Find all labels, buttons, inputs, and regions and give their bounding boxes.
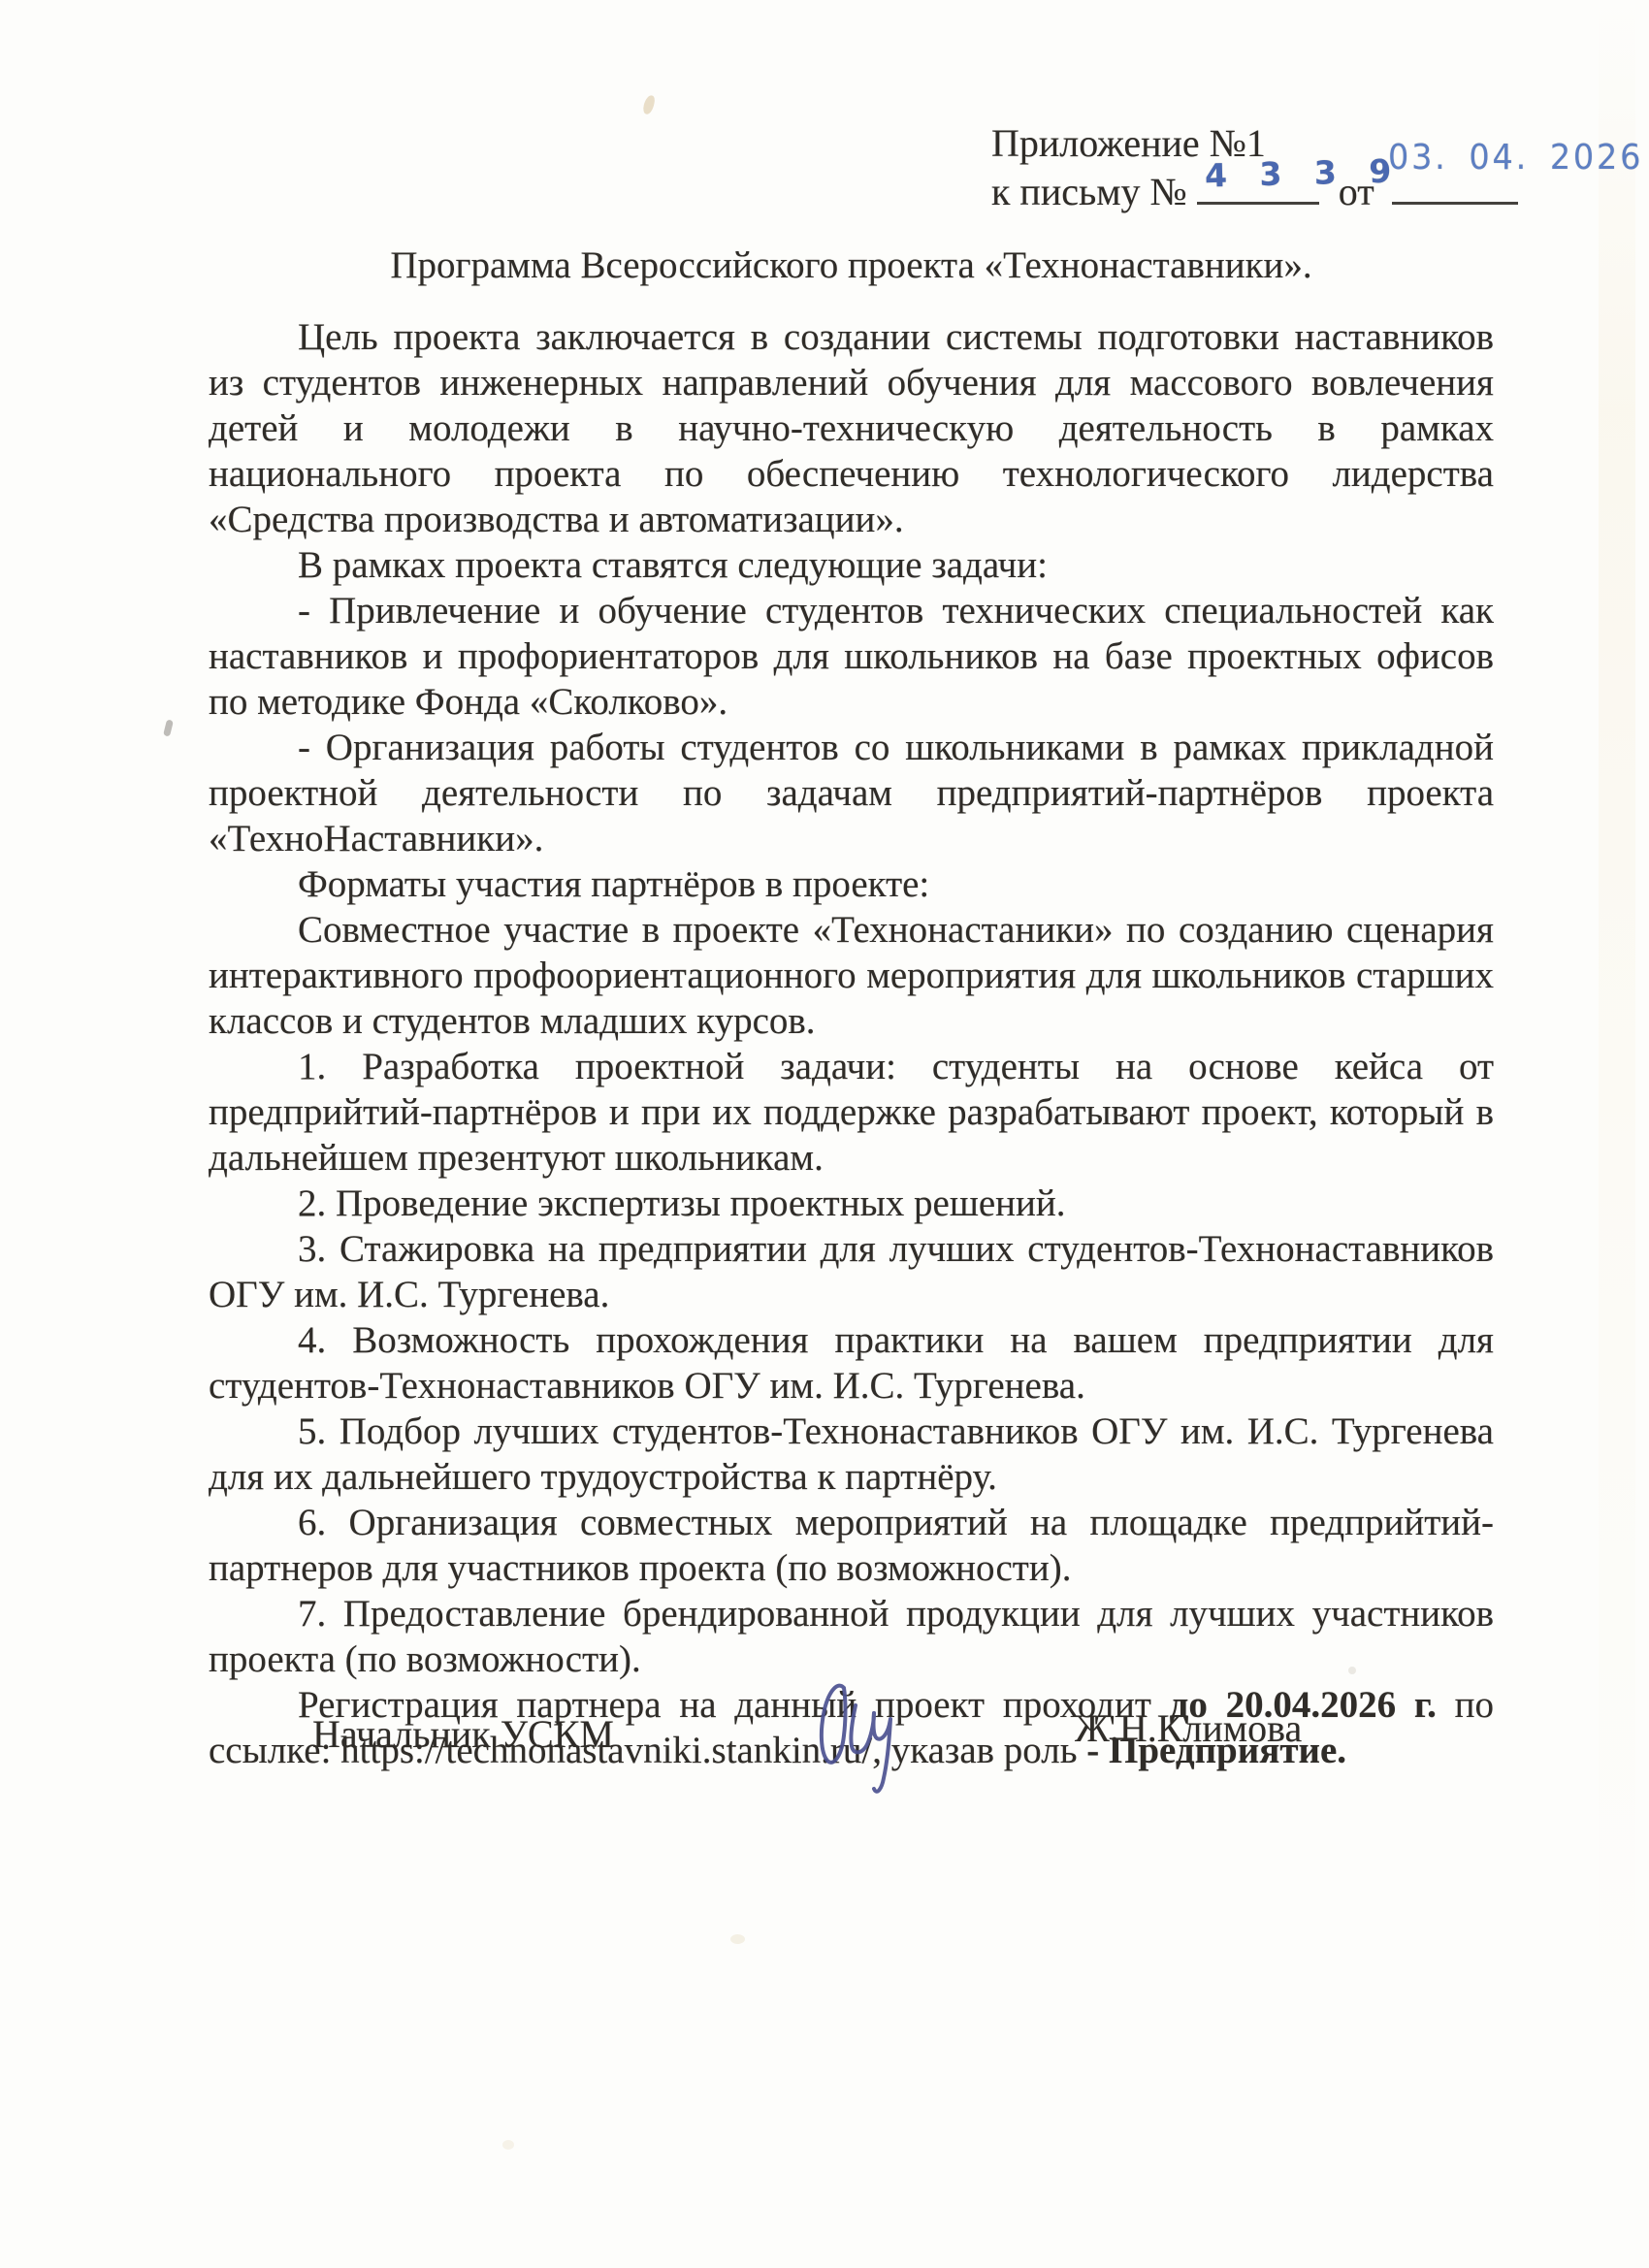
signatory-role: Начальник УСКМ	[312, 1711, 614, 1757]
signatory-name: Ж.Н.Климова	[1075, 1705, 1302, 1751]
paragraph: 4. Возможность прохождения практики на в…	[209, 1317, 1494, 1409]
document-body: Цель проекта заключается в создании сист…	[209, 314, 1494, 1773]
paragraph-segment: 1. Разработка проектной задачи: студенты…	[209, 1046, 1494, 1179]
paragraph-segment: Форматы участия партнёров в проекте:	[298, 863, 929, 905]
appendix-header: Приложение №1 к письму № 4 3 3 9 от 03. …	[991, 120, 1518, 215]
signature-ink	[813, 1680, 902, 1804]
paragraph-segment: 5. Подбор лучших студентов-Технонаставни…	[209, 1410, 1494, 1498]
paragraph-segment: - Привлечение и обучение студентов техни…	[209, 590, 1494, 723]
stamp-number: 4 3 3 9	[1204, 147, 1402, 199]
paragraph: 2. Проведение экспертизы проектных решен…	[209, 1181, 1494, 1226]
document-title: Программа Всероссийского проекта «Технон…	[209, 243, 1494, 289]
scan-speck	[163, 719, 174, 736]
paragraph-segment: 2. Проведение экспертизы проектных решен…	[298, 1183, 1066, 1224]
paragraph-segment: Совместное участие в проекте «Технонаста…	[209, 909, 1494, 1042]
paragraph-segment: В рамках проекта ставятся следующие зада…	[298, 544, 1048, 586]
scan-speck	[642, 94, 657, 115]
paragraph: 6. Организация совместных мероприятий на…	[209, 1500, 1494, 1591]
stamp-date: 03. 04. 2026	[1388, 135, 1643, 181]
paragraph: 3. Стажировка на предприятии для лучших …	[209, 1226, 1494, 1317]
paragraph: - Привлечение и обучение студентов техни…	[209, 588, 1494, 725]
letter-date-blank: 03. 04. 2026	[1392, 202, 1518, 205]
paragraph: Совместное участие в проекте «Технонаста…	[209, 907, 1494, 1044]
paragraph-segment: 6. Организация совместных мероприятий на…	[209, 1502, 1494, 1589]
scan-speck	[730, 1934, 745, 1944]
paragraph-segment: Цель проекта заключается в создании сист…	[209, 316, 1494, 540]
scan-edge-streak	[1599, 0, 1635, 2268]
letter-number-blank: 4 3 3 9	[1197, 202, 1319, 205]
scanned-document-page: Приложение №1 к письму № 4 3 3 9 от 03. …	[0, 0, 1649, 2268]
scan-speck	[502, 2140, 514, 2150]
letter-number-line: к письму № 4 3 3 9 от 03. 04. 2026	[991, 169, 1518, 215]
paragraph: 7. Предоставление брендированной продукц…	[209, 1591, 1494, 1682]
paragraph: В рамках проекта ставятся следующие зада…	[209, 542, 1494, 588]
paragraph: Цель проекта заключается в создании сист…	[209, 314, 1494, 542]
paragraph: 5. Подбор лучших студентов-Технонаставни…	[209, 1409, 1494, 1500]
paragraph-segment: - Организация работы студентов со школьн…	[209, 727, 1494, 859]
paragraph: - Организация работы студентов со школьн…	[209, 725, 1494, 861]
paragraph-segment: 4. Возможность прохождения практики на в…	[209, 1319, 1494, 1407]
paragraph: Форматы участия партнёров в проекте:	[209, 861, 1494, 907]
paragraph-segment: 3. Стажировка на предприятии для лучших …	[209, 1228, 1494, 1315]
paragraph-segment: 7. Предоставление брендированной продукц…	[209, 1593, 1494, 1680]
paragraph: 1. Разработка проектной задачи: студенты…	[209, 1044, 1494, 1181]
letter-prefix: к письму №	[991, 170, 1187, 213]
